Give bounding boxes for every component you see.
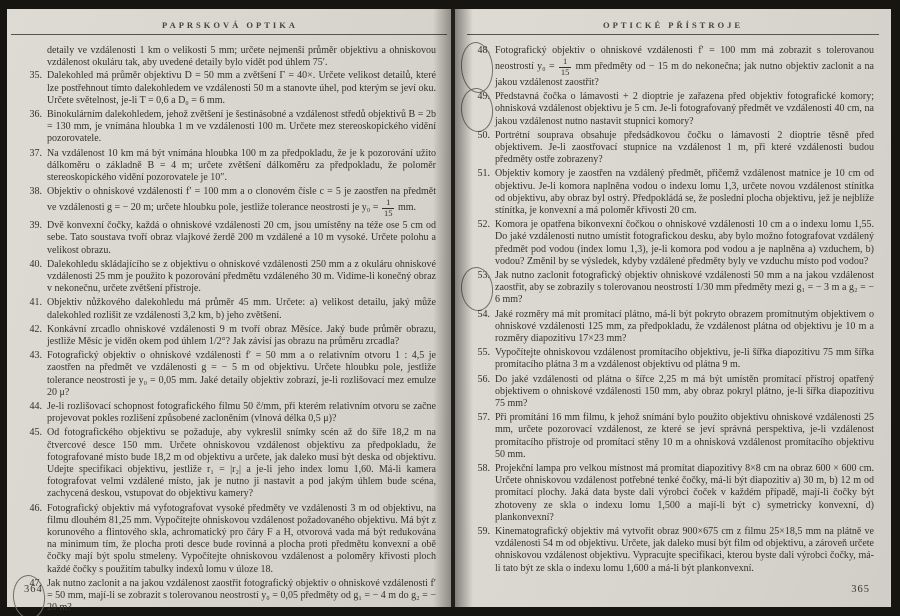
left-page-content: detaily ve vzdálenosti 1 km o velikosti …: [7, 45, 453, 614]
problem-number: 39.: [20, 220, 42, 257]
problem-number: 51.: [468, 168, 490, 217]
problem-item: 39.Dvě konvexní čočky, každá o ohniskové…: [20, 220, 436, 257]
problem-number-circled: 48.: [468, 45, 490, 89]
book-spread-scan: PAPRSKOVÁ OPTIKA detaily ve vzdálenosti …: [0, 0, 900, 616]
continuation-text: detaily ve vzdálenosti 1 km o velikosti …: [20, 45, 436, 69]
problem-item: 50.Portrétní souprava obsahuje předsádko…: [468, 130, 874, 167]
problem-item: 42.Konkávní zrcadlo ohniskové vzdálenost…: [20, 324, 436, 348]
problem-text: Kinematografický objektiv má vytvořit ob…: [495, 526, 874, 575]
problem-number: 37.: [20, 148, 42, 185]
problem-number: 59.: [468, 526, 490, 575]
right-header-rule: [467, 34, 879, 35]
problem-item: 56.Do jaké vzdálenosti od plátna o šířce…: [468, 374, 874, 411]
right-running-head: OPTICKÉ PŘÍSTROJE: [455, 20, 891, 30]
problem-item: 46.Fotografický objektiv má vyfotografov…: [20, 503, 436, 576]
problem-item: 47.Jak nutno zaclonit a na jakou vzdálen…: [20, 578, 436, 615]
problem-text: Do jaké vzdálenosti od plátna o šířce 2,…: [495, 374, 874, 411]
right-page-content: 48.Fotografický objektiv o ohniskové vzd…: [455, 45, 891, 575]
problem-item: 45.Od fotografického objektivu se požadu…: [20, 427, 436, 500]
problem-text: Představná čočka o lámavosti + 2 dioptri…: [495, 91, 874, 128]
problem-number: 38.: [20, 186, 42, 218]
problem-text: Binokulárním dalekohledem, jehož zvětšen…: [47, 109, 436, 146]
problem-item: 37.Na vzdálenost 10 km má být vnímána hl…: [20, 148, 436, 185]
problem-text: Projekční lampa pro velkou místnost má p…: [495, 463, 874, 524]
problem-item: 44.Je-li rozlišovací schopnost fotografi…: [20, 401, 436, 425]
problem-item: 38.Objektiv o ohniskové vzdálenosti f′ =…: [20, 186, 436, 218]
left-page-number: 364: [24, 584, 43, 595]
problem-item: 41.Objektiv nůžkového dalekohledu má prů…: [20, 297, 436, 321]
stacked-fraction: 115: [559, 57, 572, 77]
problem-item: 58.Projekční lampa pro velkou místnost m…: [468, 463, 874, 524]
problem-text: Dalekohledu skládajícího se z objektivu …: [47, 259, 436, 296]
left-page: PAPRSKOVÁ OPTIKA detaily ve vzdálenosti …: [7, 9, 453, 607]
right-page: OPTICKÉ PŘÍSTROJE 48.Fotografický objekt…: [455, 9, 891, 607]
problem-item: 59.Kinematografický objektiv má vytvořit…: [468, 526, 874, 575]
problem-text: Objektiv nůžkového dalekohledu má průměr…: [47, 297, 436, 321]
problem-item: 49.Představná čočka o lámavosti + 2 diop…: [468, 91, 874, 128]
problem-number: 42.: [20, 324, 42, 348]
problem-number: 55.: [468, 347, 490, 371]
problem-text: Na vzdálenost 10 km má být vnímána hloub…: [47, 148, 436, 185]
problem-item: 40.Dalekohledu skládajícího se z objekti…: [20, 259, 436, 296]
problem-number: 35.: [20, 70, 42, 107]
problem-number: 40.: [20, 259, 42, 296]
problem-text: Komora je opatřena bikonvexní čočkou o o…: [495, 219, 874, 268]
problem-number: 52.: [468, 219, 490, 268]
problem-item: 48.Fotografický objektiv o ohniskové vzd…: [468, 45, 874, 89]
problem-number: 56.: [468, 374, 490, 411]
problem-number: 54.: [468, 309, 490, 346]
problem-item: 43.Fotografický objektiv o ohniskové vzd…: [20, 350, 436, 399]
problem-text: Jaké rozměry má mít promítací plátno, má…: [495, 309, 874, 346]
problem-text: Jak nutno zaclonit fotografický objektiv…: [495, 270, 874, 307]
problem-text: Portrétní souprava obsahuje předsádkovou…: [495, 130, 874, 167]
problem-number: 57.: [468, 412, 490, 461]
problem-number: 58.: [468, 463, 490, 524]
problem-text: Dvě konvexní čočky, každá o ohniskové vz…: [47, 220, 436, 257]
problem-number: 46.: [20, 503, 42, 576]
problem-text: Dalekohled má průměr objektivu D = 50 mm…: [47, 70, 436, 107]
problem-text: Fotografický objektiv o ohniskové vzdále…: [495, 45, 874, 89]
problem-item: 55.Vypočítejte ohniskovou vzdálenost pro…: [468, 347, 874, 371]
problem-number: 50.: [468, 130, 490, 167]
problem-item: 51.Objektiv komory je zaostřen na vzdále…: [468, 168, 874, 217]
problem-text: Objektiv o ohniskové vzdálenosti f′ = 10…: [47, 186, 436, 218]
problem-text: Vypočítejte ohniskovou vzdálenost promít…: [495, 347, 874, 371]
problem-text: Konkávní zrcadlo ohniskové vzdálenosti 9…: [47, 324, 436, 348]
left-header-rule: [11, 34, 447, 35]
problem-number: 36.: [20, 109, 42, 146]
problem-item: 54.Jaké rozměry má mít promítací plátno,…: [468, 309, 874, 346]
problem-text: Jak nutno zaclonit a na jakou vzdálenost…: [47, 578, 436, 615]
right-page-number: 365: [851, 584, 870, 595]
problem-text: Od fotografického objektivu se požaduje,…: [47, 427, 436, 500]
problem-text: Fotografický objektiv o ohniskové vzdále…: [47, 350, 436, 399]
problem-item: 35.Dalekohled má průměr objektivu D = 50…: [20, 70, 436, 107]
left-problems-list: 35.Dalekohled má průměr objektivu D = 50…: [20, 70, 436, 614]
problem-number: 43.: [20, 350, 42, 399]
problem-item: 36.Binokulárním dalekohledem, jehož zvět…: [20, 109, 436, 146]
problem-text: Fotografický objektiv má vyfotografovat …: [47, 503, 436, 576]
problem-number: 44.: [20, 401, 42, 425]
problem-text: Je-li rozlišovací schopnost fotografické…: [47, 401, 436, 425]
problem-item: 53.Jak nutno zaclonit fotografický objek…: [468, 270, 874, 307]
left-running-head: PAPRSKOVÁ OPTIKA: [7, 20, 453, 30]
problem-number-circled: 53.: [468, 270, 490, 307]
problem-item: 57.Při promítání 16 mm filmu, k jehož sn…: [468, 412, 874, 461]
problem-number: 45.: [20, 427, 42, 500]
problem-number: 41.: [20, 297, 42, 321]
right-problems-list: 48.Fotografický objektiv o ohniskové vzd…: [468, 45, 874, 575]
problem-text: Objektiv komory je zaostřen na vzdálený …: [495, 168, 874, 217]
problem-number-circled: 49.: [468, 91, 490, 128]
problem-item: 52.Komora je opatřena bikonvexní čočkou …: [468, 219, 874, 268]
problem-text: Při promítání 16 mm filmu, k jehož snímá…: [495, 412, 874, 461]
stacked-fraction: 115: [382, 198, 395, 218]
